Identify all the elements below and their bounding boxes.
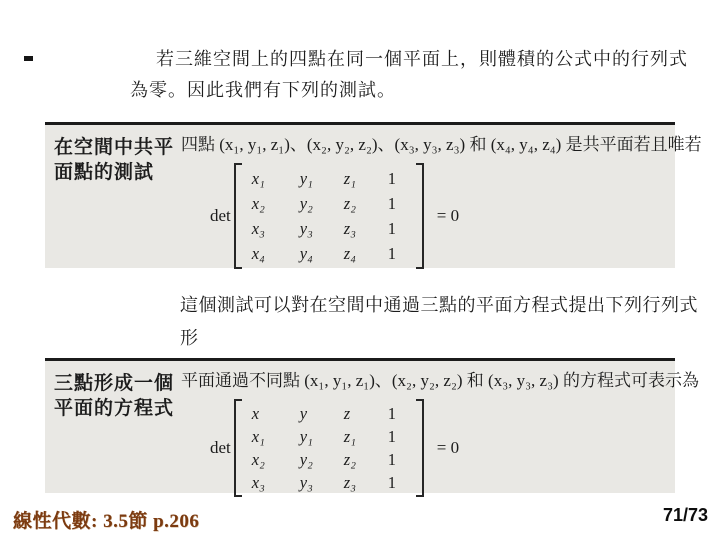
slide: 若三維空間上的四點在同一個平面上，則體積的公式中的行列式 為零。因此我們有下列的…: [0, 0, 720, 540]
section2-heading-line-2: 平面的方程式: [54, 396, 174, 421]
intro-line-2: 為零。因此我們有下列的測試。: [130, 75, 696, 106]
matrix-cell: y₂: [300, 191, 344, 216]
matrix-cell: z₂: [344, 448, 388, 471]
matrix-bracket-right: [416, 399, 424, 497]
matrix-cell: x: [252, 402, 300, 425]
matrix-cell: y₁: [300, 425, 344, 448]
section2-heading-line-1: 三點形成一個: [54, 371, 174, 396]
matrix-cell: z₃: [344, 471, 388, 494]
matrix-cell: x₁: [252, 166, 300, 191]
determinant-equation-1: det x₁ y₁ z₁ 1 x₂ y₂ z₂ 1 x₃ y₃ z₃ 1 x₄ …: [210, 163, 459, 269]
equation-rhs: = 0: [437, 206, 459, 226]
determinant-equation-2: det x y z 1 x₁ y₁ z₁ 1 x₂ y₂ z₂ 1 x₃ y₃ …: [210, 399, 459, 497]
matrix-cell: x₃: [252, 216, 300, 241]
section-panel-plane-equation: 三點形成一個 平面的方程式 平面通過不同點 (x₁, y₁, z₁)、(x₂, …: [45, 358, 675, 493]
matrix-cell: 1: [388, 471, 414, 494]
matrix-cell: x₂: [252, 448, 300, 471]
matrix-cell: z₄: [344, 241, 388, 266]
intro-paragraph: 若三維空間上的四點在同一個平面上，則體積的公式中的行列式 為零。因此我們有下列的…: [130, 44, 696, 106]
matrix-cell: y₃: [300, 216, 344, 241]
matrix-cell: 1: [388, 216, 414, 241]
matrix-cell: 1: [388, 166, 414, 191]
matrix-cell: 1: [388, 241, 414, 266]
matrix-bracket-right: [416, 163, 424, 269]
bullet-marker: [24, 56, 33, 61]
section1-body: 四點 (x₁, y₁, z₁)、(x₂, y₂, z₂)、(x₃, y₃, z₃…: [181, 134, 702, 156]
section1-heading-line-2: 面點的測試: [54, 160, 174, 185]
section1-heading-line-1: 在空間中共平: [54, 135, 174, 160]
footer-course-label: 線性代數: 3.5節 p.206: [13, 506, 199, 533]
matrix-cell: x₄: [252, 241, 300, 266]
section2-heading: 三點形成一個 平面的方程式: [54, 371, 174, 421]
section-panel-coplanar-test: 在空間中共平 面點的測試 四點 (x₁, y₁, z₁)、(x₂, y₂, z₂…: [45, 122, 675, 268]
det-operator: det: [210, 206, 231, 226]
matrix-cell: z₂: [344, 191, 388, 216]
matrix-cell: y₂: [300, 448, 344, 471]
matrix-cell: y₁: [300, 166, 344, 191]
matrix-cell: x₂: [252, 191, 300, 216]
matrix-cell: 1: [388, 402, 414, 425]
matrix-grid-2: x y z 1 x₁ y₁ z₁ 1 x₂ y₂ z₂ 1 x₃ y₃ z₃ 1: [242, 399, 416, 497]
section1-heading: 在空間中共平 面點的測試: [54, 135, 174, 185]
matrix-grid-1: x₁ y₁ z₁ 1 x₂ y₂ z₂ 1 x₃ y₃ z₃ 1 x₄ y₄ z…: [242, 163, 416, 269]
matrix-cell: z₃: [344, 216, 388, 241]
matrix-cell: z₁: [344, 425, 388, 448]
matrix-cell: 1: [388, 425, 414, 448]
matrix-cell: x₁: [252, 425, 300, 448]
det-operator: det: [210, 438, 231, 458]
section2-body: 平面通過不同點 (x₁, y₁, z₁)、(x₂, y₂, z₂) 和 (x₃,…: [181, 370, 699, 392]
matrix-bracket-left: [234, 163, 242, 269]
transition-line-1: 這個測試可以對在空間中通過三點的平面方程式提出下列行列式形: [180, 289, 700, 355]
matrix-cell: y: [300, 402, 344, 425]
matrix-cell: z: [344, 402, 388, 425]
matrix-bracket-left: [234, 399, 242, 497]
intro-line-1: 若三維空間上的四點在同一個平面上，則體積的公式中的行列式: [130, 44, 696, 75]
matrix-cell: x₃: [252, 471, 300, 494]
matrix-cell: 1: [388, 448, 414, 471]
page-number: 71/73: [663, 505, 708, 526]
matrix-cell: z₁: [344, 166, 388, 191]
matrix-cell: y₄: [300, 241, 344, 266]
matrix-cell: y₃: [300, 471, 344, 494]
matrix-cell: 1: [388, 191, 414, 216]
equation-rhs: = 0: [437, 438, 459, 458]
